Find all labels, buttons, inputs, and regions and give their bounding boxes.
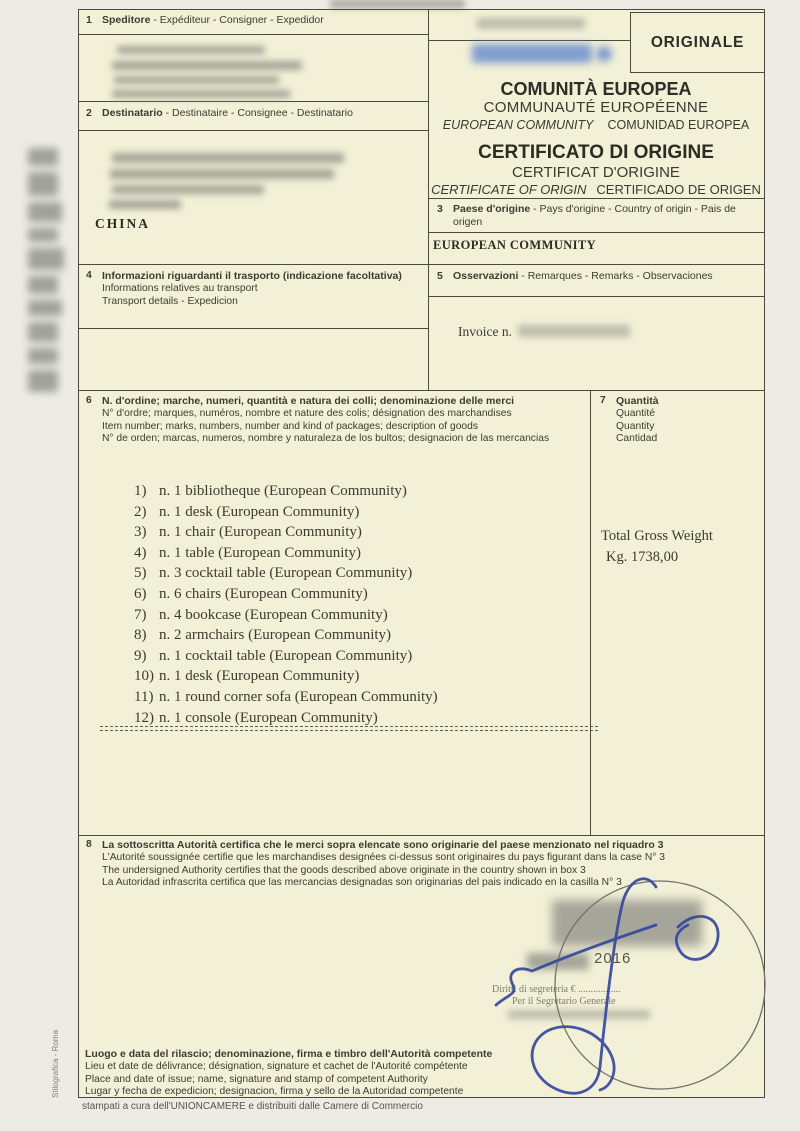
goods-item: 10)n. 1 desk (European Community) — [134, 666, 584, 687]
goods-item: 2)n. 1 desk (European Community) — [134, 502, 584, 523]
redacted-consigner-line — [112, 90, 290, 98]
list-closing-rule — [100, 726, 598, 731]
line-box4-header — [78, 328, 429, 329]
goods-item: 8)n. 2 armchairs (European Community) — [134, 625, 584, 646]
line-box1-box2 — [78, 101, 429, 102]
goods-item: 9)n. 1 cocktail table (European Communit… — [134, 646, 584, 667]
footer-labels: Luogo e data del rilascio; denominazione… — [85, 1048, 645, 1099]
border-left — [78, 9, 79, 1098]
goods-list: 1)n. 1 bibliotheque (European Community)… — [134, 481, 584, 728]
copy-type-box: ORIGINALE — [630, 12, 765, 73]
line-box6-top — [78, 390, 765, 391]
line-box1-header — [78, 34, 429, 35]
box7-label: 7 Quantità Quantité Quantity Cantidad — [600, 395, 760, 446]
title-communaute-europeenne: COMMUNAUTÉ EUROPÉENNE — [428, 99, 764, 116]
divider-columns — [428, 9, 429, 390]
title-community-line3: EUROPEAN COMMUNITY COMUNIDAD EUROPEA — [428, 118, 764, 132]
goods-item: 7)n. 4 bookcase (European Community) — [134, 605, 584, 626]
box1-number: 1 — [86, 14, 102, 27]
line-row2 — [78, 264, 765, 265]
title-certificato: CERTIFICATO DI ORIGINE — [428, 142, 764, 164]
certificate-of-origin-scan: 1 Speditore - Expéditeur - Consigner - E… — [0, 0, 800, 1131]
redacted-serial-dot — [596, 46, 612, 62]
copy-type-label: ORIGINALE — [651, 34, 744, 52]
redacted-serial-number — [472, 44, 592, 63]
line-box8-top — [78, 835, 765, 836]
side-printer-note: Stilografica - Roma — [51, 1030, 60, 1098]
redacted-serial-label — [477, 18, 585, 29]
box7-number: 7 — [600, 395, 616, 446]
goods-item: 1)n. 1 bibliotheque (European Community) — [134, 481, 584, 502]
redacted-margin-stamp — [28, 148, 64, 398]
printer-note: stampati a cura dell'UNIONCAMERE e distr… — [82, 1101, 423, 1112]
title-certificate-line3: CERTIFICATE OF ORIGIN CERTIFICADO DE ORI… — [428, 182, 764, 197]
redacted-consignee-line — [112, 153, 344, 163]
goods-item: 4)n. 1 table (European Community) — [134, 543, 584, 564]
line-box3-header — [428, 232, 764, 233]
goods-item: 6)n. 6 chairs (European Community) — [134, 584, 584, 605]
total-gross-weight-label: Total Gross Weight — [601, 528, 713, 545]
line-box5-header — [428, 296, 764, 297]
box1-label: 1 Speditore - Expéditeur - Consigner - E… — [86, 14, 421, 27]
goods-item: 5)n. 3 cocktail table (European Communit… — [134, 563, 584, 584]
line-serial-cell — [428, 40, 630, 41]
goods-item: 11)n. 1 round corner sofa (European Comm… — [134, 687, 584, 708]
invoice-label: Invoice n. — [458, 324, 512, 340]
divider-box6-box7 — [590, 390, 591, 835]
redacted-consigner-line — [117, 46, 265, 54]
country-of-origin-value: EUROPEAN COMMUNITY — [433, 238, 596, 253]
redacted-consigner-line — [114, 76, 279, 84]
consignee-country: CHINA — [95, 216, 150, 232]
box3-number: 3 — [437, 203, 453, 228]
box2-number: 2 — [86, 107, 102, 120]
redacted-consignee-line — [110, 169, 334, 179]
title-comunita-europea: COMUNITÀ EUROPEA — [428, 79, 764, 100]
scan-smudge — [330, 0, 465, 8]
box6-number: 6 — [86, 395, 102, 446]
line-box3-top — [428, 198, 764, 199]
box4-label: 4 Informazioni riguardanti il trasporto … — [86, 270, 421, 308]
border-top — [78, 9, 765, 10]
line-box2-header — [78, 130, 429, 131]
box5-label: 5 Osservazioni - Remarques - Remarks - O… — [437, 270, 762, 283]
box5-number: 5 — [437, 270, 453, 283]
box6-label: 6 N. d'ordine; marche, numeri, quantità … — [86, 395, 581, 446]
box2-label: 2 Destinatario - Destinataire - Consigne… — [86, 107, 421, 120]
total-gross-weight-value: Kg. 1738,00 — [606, 549, 678, 566]
box8-number: 8 — [86, 839, 102, 890]
redacted-consigner-line — [112, 61, 302, 70]
title-certificat: CERTIFICAT D'ORIGINE — [428, 164, 764, 181]
redacted-consignee-line — [112, 185, 264, 194]
redacted-consignee-line — [109, 200, 181, 209]
box4-number: 4 — [86, 270, 102, 308]
goods-item: 3)n. 1 chair (European Community) — [134, 522, 584, 543]
redacted-invoice-number — [518, 325, 630, 337]
box3-label: 3 Paese d'origine - Pays d'origine - Cou… — [437, 203, 762, 228]
